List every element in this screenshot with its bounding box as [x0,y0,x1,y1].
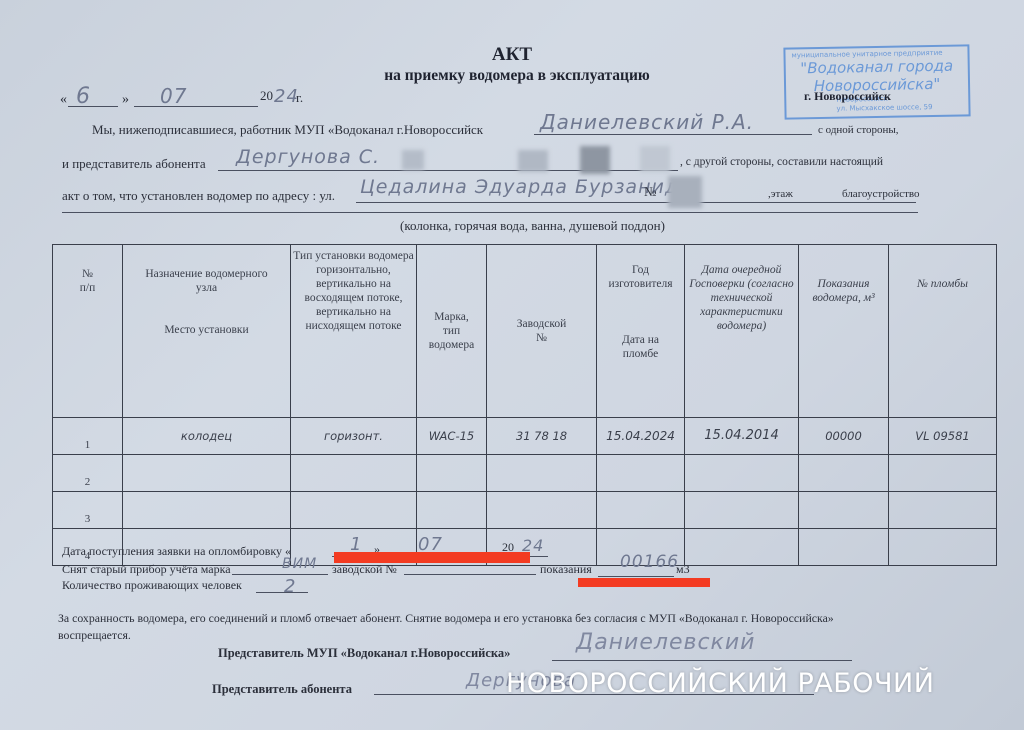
cell-place [123,492,291,529]
cell-brand [417,455,487,492]
header-reading: Показания водомера, м³ [799,245,889,418]
intro-line3-prefix: акт о том, что установлен водомер по адр… [62,188,335,204]
row-index: 2 [53,455,123,492]
header-year-seal: Год изготовителя Дата на пломбе [597,245,685,418]
redaction-bar [578,578,710,587]
date-month: 07 [160,84,187,108]
table-row: 2 [53,455,997,492]
date-year-unit: г. [296,90,303,106]
row-index: 3 [53,492,123,529]
cell-seal-no: VL 09581 [889,418,997,455]
stamp-foot-line2: ул. Мысхакское шоссе, 59 [836,103,932,113]
date-close-quote: » [122,92,129,108]
subscriber-name: Дергунова С. [236,146,380,168]
reading-label: показания [540,562,592,577]
header-serial: Заводской № [487,245,597,418]
header-next-check: Дата очередной Госповерки (согласно техн… [685,245,799,418]
cell-next-check: 15.04.2014 [685,418,799,455]
table-row: 3 [53,492,997,529]
header-index: № п/п [53,245,123,418]
old-meter-label: Снят старый прибор учёта марка [62,562,231,577]
utility-rep-signature: Даниелевский [576,630,755,655]
cell-reading [799,529,889,566]
reading-unit: м3 [676,562,690,577]
cell-serial: 31 78 18 [487,418,597,455]
meter-table: № п/п Назначение водомерного узла Место … [52,244,997,566]
cell-seal-no [889,529,997,566]
header-seal-no: № пломбы [889,245,997,418]
official-stamp: муниципальное унитарное предприятие "Вод… [783,44,970,119]
cell-place: колодец [123,418,291,455]
table-header-row: № п/п Назначение водомерного узла Место … [53,245,997,418]
intro-line2-suffix: , с другой стороны, составили настоящий [680,156,883,168]
intro-line2-prefix: и представитель абонента [62,156,206,172]
table-row: 1 колодец горизонт. WAC-15 31 78 18 15.0… [53,418,997,455]
notice-line1: За сохранность водомера, его соединений … [58,611,834,626]
old-meter-brand: ВИМ [282,556,317,572]
redaction-bar [334,552,530,563]
header-purpose: Назначение водомерного узла Место устано… [123,245,291,418]
number-label: № [644,184,656,200]
cell-brand [417,492,487,529]
amenities-label: благоустройство [842,188,920,200]
street-name: Цедалина Эдуарда Бурзанид [360,176,679,198]
watermark-logo: НОВОРОССИЙСКИЙ РАБОЧИЙ [506,668,934,699]
utility-rep-label: Представитель МУП «Водоканал г.Новоросси… [218,646,510,661]
date-open-quote: « [60,92,67,108]
old-reading: 00166 [620,552,679,572]
cell-brand: WAC-15 [417,418,487,455]
cell-seal-no [889,455,997,492]
amenities-hint: (колонка, горячая вода, ванна, душевой п… [400,218,665,234]
cell-year-seal [597,492,685,529]
cell-reading [799,492,889,529]
worker-name: Даниелевский Р.А. [540,110,754,134]
residents-count: 2 [284,576,296,597]
serial-label: заводской № [332,562,397,577]
cell-place [123,455,291,492]
cell-install-type [291,492,417,529]
request-date-label: Дата поступления заявки на опломбировку … [62,544,291,559]
cell-year-seal: 15.04.2024 [597,418,685,455]
cell-next-check [685,492,799,529]
date-year-prefix: 20 [260,88,273,104]
cell-serial [487,492,597,529]
cell-next-check [685,455,799,492]
cell-next-check [685,529,799,566]
cell-reading: 00000 [799,418,889,455]
row-index: 1 [53,418,123,455]
header-brand: Марка, тип водомера [417,245,487,418]
residents-label: Количество проживающих человек [62,578,242,593]
intro-line1-suffix: с одной стороны, [818,124,899,136]
cell-seal-no [889,492,997,529]
floor-label: ,этаж [768,188,793,200]
cell-serial [487,455,597,492]
cell-year-seal [597,455,685,492]
city-label: г. Новороссийск [804,89,891,104]
cell-reading [799,455,889,492]
header-install-type: Тип установки водомера горизонтально, ве… [291,245,417,418]
cell-install-type [291,455,417,492]
cell-install-type: горизонт. [291,418,417,455]
subscriber-rep-label: Представитель абонента [212,682,352,697]
intro-line1-prefix: Мы, нижеподписавшиеся, работник МУП «Вод… [92,122,483,138]
notice-line2: воспрещается. [58,628,131,643]
